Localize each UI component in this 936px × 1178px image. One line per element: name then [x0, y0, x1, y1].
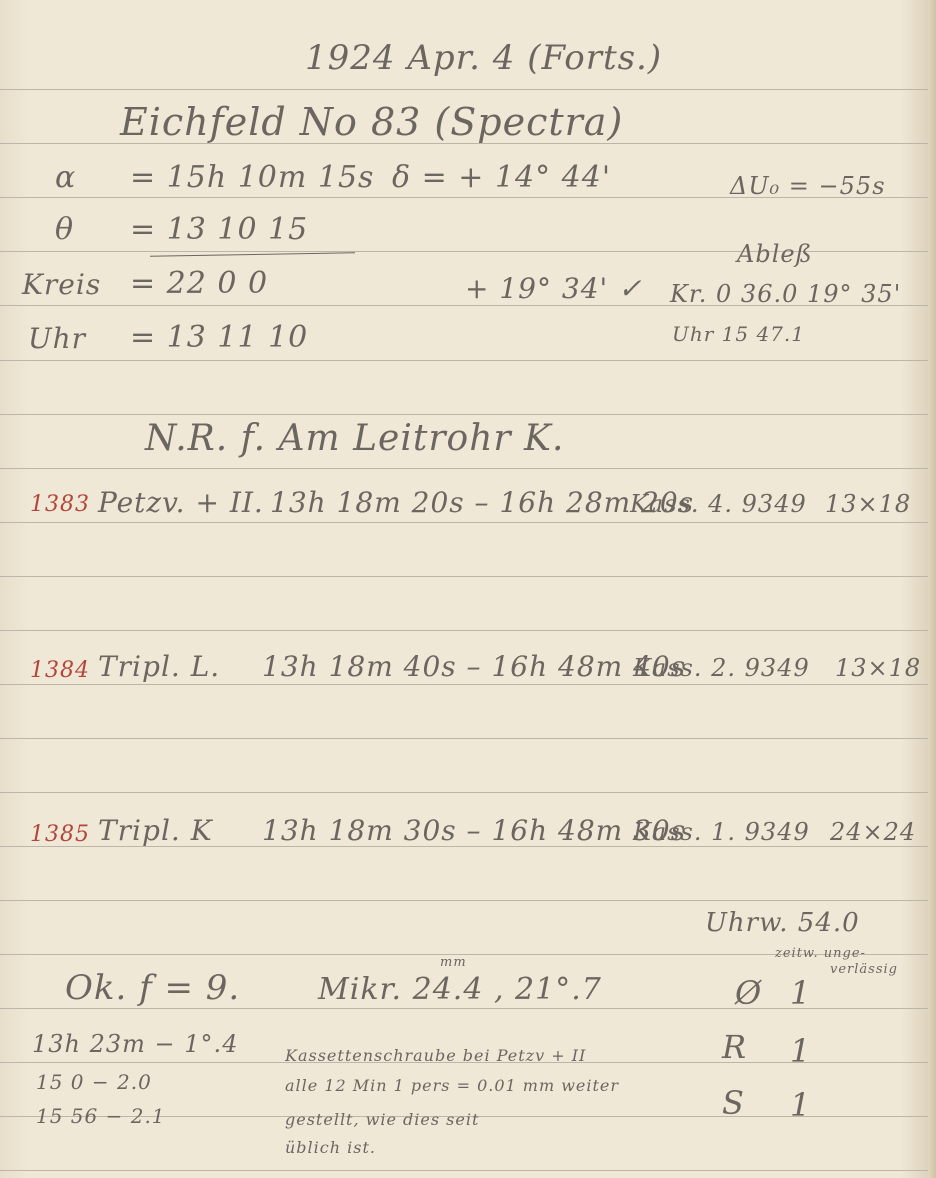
- instrument: Petzv. + II.: [98, 486, 264, 519]
- kreis-label: Kreis: [22, 268, 101, 301]
- ruled-line: [0, 576, 936, 577]
- ruled-line: [0, 792, 936, 793]
- remark-line: Kassettenschraube bei Petzv + II: [285, 1046, 586, 1065]
- quality-value: 1: [790, 1032, 811, 1070]
- micrometer-reading: Mikr. 24.4 , 21°.7: [318, 972, 602, 1007]
- plate-number: 1383: [30, 492, 90, 517]
- ruled-line: [0, 468, 936, 469]
- reading-line: 15 0 − 2.0: [36, 1070, 152, 1094]
- plate-number: 1385: [30, 822, 90, 847]
- plate-format: 13×18: [825, 490, 911, 518]
- reading-line: 15 56 − 2.1: [36, 1104, 166, 1128]
- ocular-focus: Ok. f = 9.: [65, 968, 240, 1008]
- plate-format: 24×24: [830, 818, 916, 846]
- cassette: Kass. 1. 9349: [633, 818, 810, 846]
- cassette: Kass. 2. 9349: [633, 654, 810, 682]
- page-date: 1924 Apr. 4 (Forts.): [305, 38, 662, 78]
- kreis-value: = 22 0 0: [130, 266, 268, 301]
- ablesung-label: Ableß: [737, 240, 813, 268]
- section-subtitle: N.R. f. Am Leitrohr K.: [145, 418, 564, 459]
- uhr-label: Uhr: [28, 322, 86, 355]
- page-edge: [928, 0, 936, 1178]
- ablesung-kreis: Kr. 0 36.0 19° 35': [670, 280, 901, 308]
- notebook-page: 1924 Apr. 4 (Forts.) Eichfeld No 83 (Spe…: [0, 0, 936, 1178]
- theta-value: = 13 10 15: [130, 212, 308, 247]
- instrument: Tripl. K: [98, 814, 213, 847]
- cassette: Kass. 4. 9349: [630, 490, 807, 518]
- remark-line: alle 12 Min 1 pers = 0.01 mm weiter: [285, 1076, 619, 1095]
- ruled-line: [0, 738, 936, 739]
- time-range: 13h 18m 30s – 16h 48m 30s: [262, 814, 686, 847]
- ruled-line: [0, 414, 936, 415]
- time-range: 13h 18m 40s – 16h 48m 40s: [262, 650, 686, 683]
- ruled-line: [0, 900, 936, 901]
- theta-label: θ: [55, 212, 74, 247]
- ruled-line: [0, 1170, 936, 1171]
- ruled-line: [0, 522, 936, 523]
- remark-line: gestellt, wie dies seit: [285, 1110, 479, 1129]
- remark-line: üblich ist.: [285, 1138, 376, 1157]
- sum-underline: [150, 252, 355, 257]
- alpha-value: = 15h 10m 15s: [130, 160, 374, 195]
- quality-symbol: Ø: [735, 974, 762, 1012]
- ruled-line: [0, 360, 936, 361]
- clock-rate: Uhrw. 54.0: [705, 908, 860, 938]
- quality-symbol: S: [722, 1084, 745, 1122]
- delta-value: δ = + 14° 44': [392, 160, 611, 195]
- clock-note-2: verlässig: [830, 962, 898, 977]
- instrument: Tripl. L.: [98, 650, 220, 683]
- delta-u-correction: ΔU₀ = −55s: [730, 172, 886, 200]
- reading-line: 13h 23m − 1°.4: [32, 1030, 238, 1058]
- quality-value: 1: [790, 974, 811, 1012]
- quality-symbol: R: [722, 1028, 747, 1066]
- ablesung-uhr: Uhr 15 47.1: [672, 322, 805, 346]
- plate-number: 1384: [30, 658, 90, 683]
- ruled-line: [0, 684, 936, 685]
- kreis-declination: + 19° 34' ✓: [465, 272, 643, 305]
- alpha-label: α: [55, 160, 76, 195]
- ruled-line: [0, 89, 936, 90]
- clock-note-1: zeitw. unge-: [775, 946, 866, 961]
- quality-value: 1: [790, 1086, 811, 1124]
- micrometer-unit: mm: [440, 955, 467, 970]
- plate-format: 13×18: [835, 654, 921, 682]
- page-title: Eichfeld No 83 (Spectra): [120, 100, 623, 144]
- ruled-line: [0, 630, 936, 631]
- uhr-value: = 13 11 10: [130, 320, 308, 355]
